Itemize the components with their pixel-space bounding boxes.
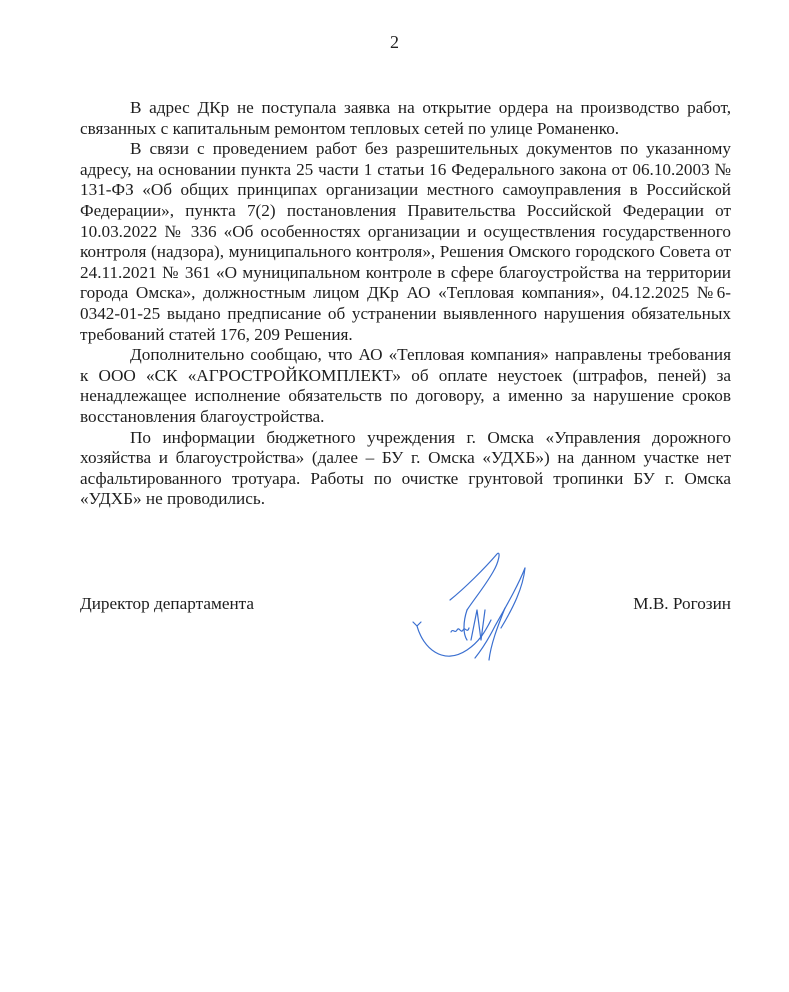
letter-body: В адрес ДКр не поступала заявка на откры… <box>80 98 731 510</box>
paragraph-no-permit-request: В адрес ДКр не поступала заявка на откры… <box>80 98 731 139</box>
signatory-title: Директор департамента <box>80 594 254 614</box>
document-page: 2 В адрес ДКр не поступала заявка на отк… <box>0 0 789 992</box>
paragraph-order-issued: В связи с проведением работ без разрешит… <box>80 139 731 345</box>
page-number: 2 <box>0 32 789 53</box>
paragraph-penalties: Дополнительно сообщаю, что АО «Тепловая … <box>80 345 731 427</box>
signatory-name: М.В. Рогозин <box>633 594 731 614</box>
handwritten-signature-icon <box>405 548 555 673</box>
paragraph-udkhb-info: По информации бюджетного учреждения г. О… <box>80 428 731 510</box>
